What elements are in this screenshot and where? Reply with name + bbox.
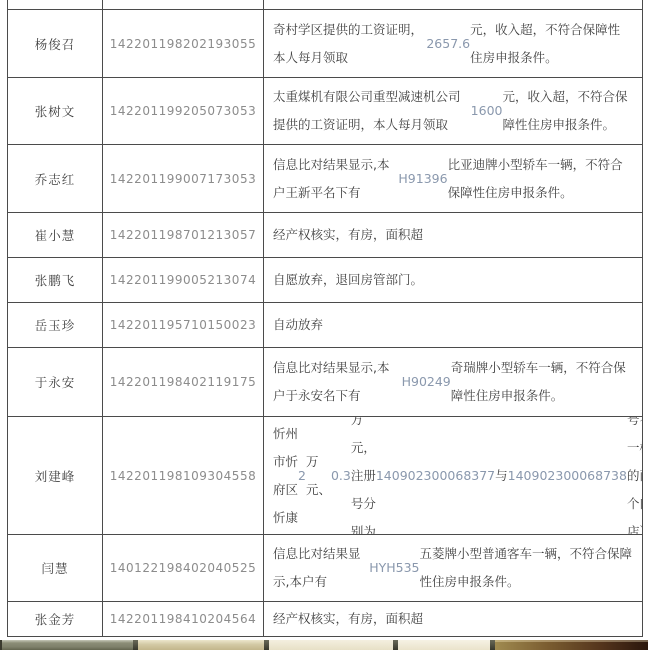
- review-result-cell: 经产权核实，有房，面积超: [264, 213, 643, 258]
- applicant-name-cell: 杨俊召: [8, 10, 103, 78]
- applicant-name-cell: 崔小慧: [8, 213, 103, 258]
- partial-row-id-cell: [103, 0, 264, 10]
- review-result-cell: 经产权核实，有房，面积超: [264, 602, 643, 637]
- taskbar: [0, 640, 648, 650]
- applicant-name-cell: 闫慧: [8, 535, 103, 602]
- id-number-cell: 142201198109304558: [103, 417, 264, 535]
- taskbar-window-button-1[interactable]: [0, 640, 133, 650]
- review-result-cell: 信息比对结果显示,本户于永安名下有H90249奇瑞牌小型轿车一辆，不符合保障性住…: [264, 348, 643, 417]
- applicant-name-cell: 张鹏飞: [8, 258, 103, 303]
- review-result-cell: 自动放弃: [264, 303, 643, 348]
- applicant-name-cell: 张金芳: [8, 602, 103, 637]
- id-number-cell: 140122198402040525: [103, 535, 264, 602]
- review-result-cell: 太重煤机有限公司重型减速机公司提供的工资证明，本人每月领取1600元，收入超，不…: [264, 78, 643, 145]
- id-number-cell: 142201198202193055: [103, 10, 264, 78]
- review-result-cell: 信息比对结果显示,本户有HYH535五菱牌小型普通客车一辆，不符合保障性住房申报…: [264, 535, 643, 602]
- id-number-cell: 142201198410204564: [103, 602, 264, 637]
- review-result-cell: 信息比对结果显示，本户经营忻州市忻府区忻康面条加工店，注册资金分别为2万元、0.…: [264, 417, 643, 535]
- id-number-cell: 142201198701213057: [103, 213, 264, 258]
- id-number-cell: 142201195710150023: [103, 303, 264, 348]
- applicant-name-cell: 乔志红: [8, 145, 103, 213]
- review-result-cell: 自愿放弃，退回房管部门。: [264, 258, 643, 303]
- applicants-review-table: 杨俊召 142201198202193055 奇村学区提供的工资证明，本人每月领…: [7, 0, 643, 637]
- partial-row-reason-cell: [264, 0, 643, 10]
- review-result-cell: 信息比对结果显示,本户王新平名下有H91396比亚迪牌小型轿车一辆，不符合保障性…: [264, 145, 643, 213]
- applicant-name-cell: 岳玉珍: [8, 303, 103, 348]
- taskbar-window-button-4[interactable]: [398, 640, 490, 650]
- applicant-name-cell: 刘建峰: [8, 417, 103, 535]
- review-result-cell: 奇村学区提供的工资证明，本人每月领取2657.6元，收入超，不符合保障性住房申报…: [264, 10, 643, 78]
- taskbar-window-edge[interactable]: [495, 640, 648, 650]
- applicant-name-cell: 张树文: [8, 78, 103, 145]
- taskbar-window-button-3[interactable]: [269, 640, 393, 650]
- id-number-cell: 142201198402119175: [103, 348, 264, 417]
- id-number-cell: 142201199007173053: [103, 145, 264, 213]
- applicant-name-cell: 于永安: [8, 348, 103, 417]
- taskbar-window-button-2[interactable]: [138, 640, 264, 650]
- partial-row-name-cell: [8, 0, 103, 10]
- id-number-cell: 142201199205073053: [103, 78, 264, 145]
- id-number-cell: 142201199005213074: [103, 258, 264, 303]
